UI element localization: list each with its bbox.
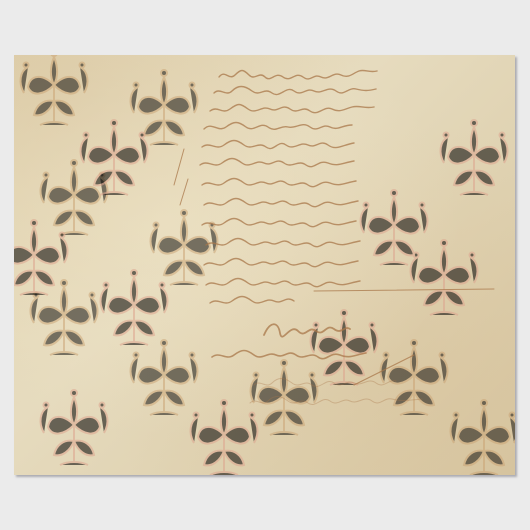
handwritten-script — [14, 55, 515, 475]
vintage-paper-sheet — [14, 55, 515, 475]
